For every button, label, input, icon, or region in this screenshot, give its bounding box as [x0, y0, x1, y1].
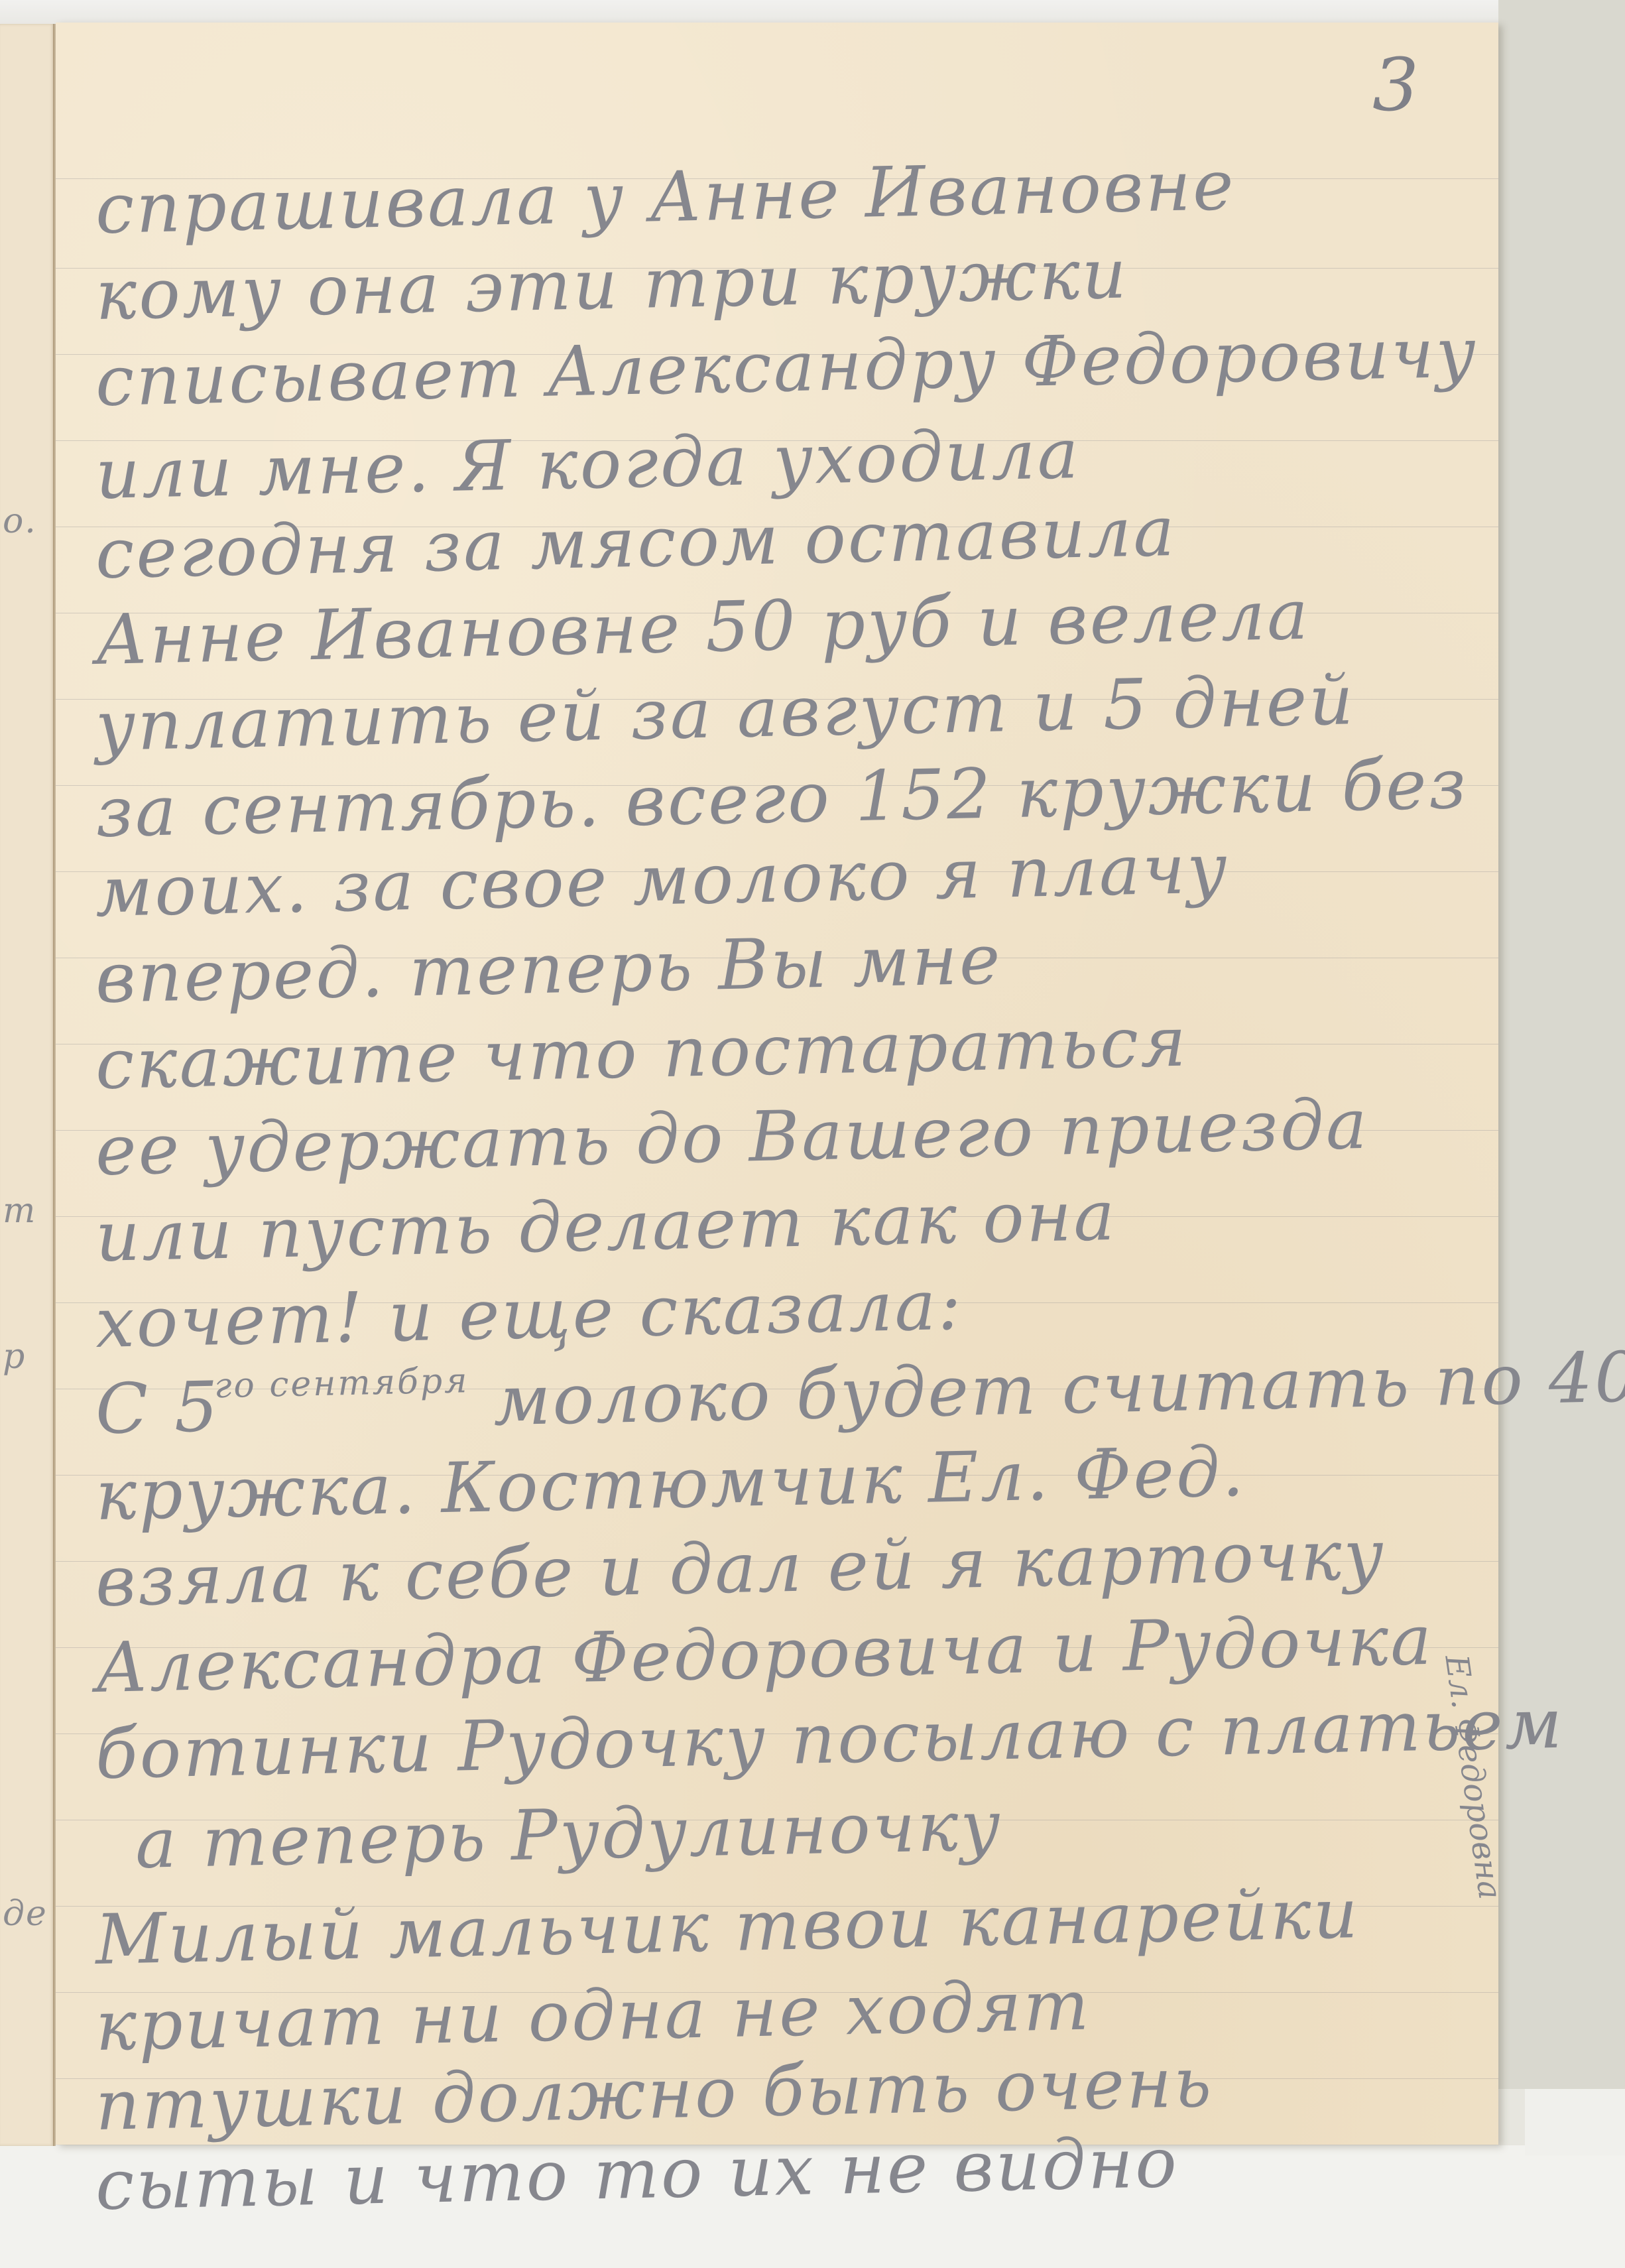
- handwritten-line: спрашивала у Анне Ивановне: [95, 145, 1236, 249]
- previous-page-sliver: о. т р де: [0, 24, 54, 2146]
- handwritten-line: а теперь Рудулиночку: [135, 1785, 1003, 1884]
- superscript-insertion: го сентября: [213, 1361, 469, 1406]
- scan-backdrop-corner: [1525, 2089, 1625, 2155]
- handwritten-line: скажите что постараться: [95, 1001, 1189, 1104]
- handwritten-line: хочет! и еще сказала:: [95, 1265, 964, 1363]
- scan-backdrop-top: [0, 0, 1625, 24]
- previous-page-fragment: р: [3, 1337, 26, 1377]
- previous-page-fragment: о.: [3, 501, 37, 541]
- handwritten-line: или пусть делает как она: [95, 1175, 1118, 1277]
- previous-page-fragment: де: [3, 1894, 48, 1934]
- handwritten-line: вперед. теперь Вы мне: [95, 918, 1003, 1019]
- line-prefix: С 5: [95, 1366, 221, 1450]
- scan-backdrop-board: [1498, 0, 1625, 2089]
- handwritten-line: кому она эти три кружки: [95, 233, 1129, 336]
- handwritten-line: Милый мальчик твои канарейки: [95, 1873, 1360, 1980]
- page-number: 3: [1372, 42, 1419, 127]
- previous-page-fragment: т: [3, 1191, 36, 1231]
- letter-page: 3 спрашивала у Анне Ивановне кому она эт…: [56, 23, 1498, 2145]
